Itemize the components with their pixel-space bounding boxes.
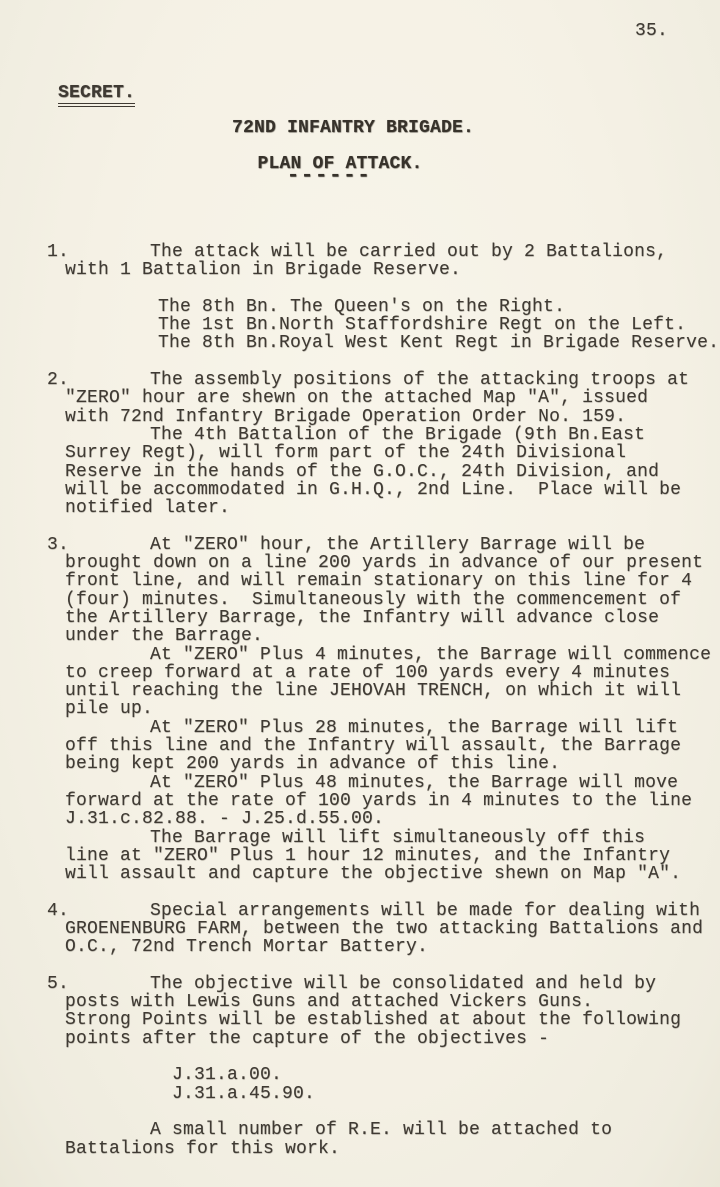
doc-line: the Artillery Barrage, the Infantry will… <box>65 609 720 627</box>
doc-line: with 72nd Infantry Brigade Operation Ord… <box>65 408 720 426</box>
doc-line: A small number of R.E. will be attached … <box>65 1121 720 1139</box>
doc-line: line at "ZERO" Plus 1 hour 12 minutes, a… <box>65 847 720 865</box>
doc-line: "ZERO" hour are shewn on the attached Ma… <box>65 389 720 407</box>
doc-line: The assembly positions of the attacking … <box>65 371 720 389</box>
doc-line: until reaching the line JEHOVAH TRENCH, … <box>65 682 720 700</box>
doc-line: Strong Points will be established at abo… <box>65 1011 720 1029</box>
map-coordinate-line: J.31.a.00. <box>65 1066 720 1084</box>
section-number: 1. <box>47 243 69 261</box>
doc-line: will be accommodated in G.H.Q., 2nd Line… <box>65 481 720 499</box>
section-2: 2. The assembly positions of the attacki… <box>65 371 720 517</box>
doc-line: The 1st Bn.North Staffordshire Regt on t… <box>65 316 720 334</box>
section-number: 5. <box>47 975 69 993</box>
doc-line: to creep forward at a rate of 100 yards … <box>65 664 720 682</box>
doc-line: brought down on a line 200 yards in adva… <box>65 554 720 572</box>
doc-line: At "ZERO" hour, the Artillery Barrage wi… <box>65 536 720 554</box>
document-title: 72ND INFANTRY BRIGADE. <box>0 119 706 137</box>
doc-line: Battalions for this work. <box>65 1140 720 1158</box>
doc-line: Reserve in the hands of the G.O.C., 24th… <box>65 463 720 481</box>
map-coordinate-line: J.31.a.45.90. <box>65 1085 720 1103</box>
doc-line: under the Barrage. <box>65 627 720 645</box>
doc-line: Surrey Regt), will form part of the 24th… <box>65 444 720 462</box>
doc-line: At "ZERO" Plus 28 minutes, the Barrage w… <box>65 719 720 737</box>
line-gap <box>65 1048 720 1066</box>
doc-line: The 8th Bn.Royal West Kent Regt in Briga… <box>65 334 720 352</box>
doc-line: The 8th Bn. The Queen's on the Right. <box>65 298 720 316</box>
document-page: 35. SECRET. 72ND INFANTRY BRIGADE. PLAN … <box>0 0 720 1187</box>
doc-line: O.C., 72nd Trench Mortar Battery. <box>65 938 720 956</box>
doc-line: notified later. <box>65 499 720 517</box>
title-divider: ------ <box>0 168 658 186</box>
page-number: 35. <box>635 22 668 40</box>
section-number: 2. <box>47 371 69 389</box>
line-gap <box>65 1103 720 1121</box>
doc-line: Special arrangements will be made for de… <box>65 902 720 920</box>
doc-line: GROENENBURG FARM, between the two attack… <box>65 920 720 938</box>
section-3: 3. At "ZERO" hour, the Artillery Barrage… <box>65 536 720 884</box>
doc-line: (four) minutes. Simultaneously with the … <box>65 591 720 609</box>
doc-line: posts with Lewis Guns and attached Vicke… <box>65 993 720 1011</box>
doc-line: points after the capture of the objectiv… <box>65 1030 720 1048</box>
doc-line: The attack will be carried out by 2 Batt… <box>65 243 720 261</box>
doc-line: The 4th Battalion of the Brigade (9th Bn… <box>65 426 720 444</box>
doc-line: J.31.c.82.88. - J.25.d.55.00. <box>65 810 720 828</box>
doc-line: pile up. <box>65 700 720 718</box>
section-4: 4. Special arrangements will be made for… <box>65 902 720 957</box>
doc-line: with 1 Battalion in Brigade Reserve. <box>65 261 720 279</box>
section-number: 4. <box>47 902 69 920</box>
document-body: 1. The attack will be carried out by 2 B… <box>65 243 720 1158</box>
doc-line: will assault and capture the objective s… <box>65 865 720 883</box>
doc-line: The Barrage will lift simultaneously off… <box>65 829 720 847</box>
doc-line: At "ZERO" Plus 4 minutes, the Barrage wi… <box>65 646 720 664</box>
doc-line: front line, and will remain stationary o… <box>65 572 720 590</box>
section-1: 1. The attack will be carried out by 2 B… <box>65 243 720 353</box>
doc-line: forward at the rate of 100 yards in 4 mi… <box>65 792 720 810</box>
doc-line: off this line and the Infantry will assa… <box>65 737 720 755</box>
section-5: 5. The objective will be consolidated an… <box>65 975 720 1158</box>
doc-line: being kept 200 yards in advance of this … <box>65 755 720 773</box>
doc-line: The objective will be consolidated and h… <box>65 975 720 993</box>
classification-label: SECRET. <box>58 84 135 107</box>
section-number: 3. <box>47 536 69 554</box>
line-gap <box>65 280 720 298</box>
doc-line: At "ZERO" Plus 48 minutes, the Barrage w… <box>65 774 720 792</box>
